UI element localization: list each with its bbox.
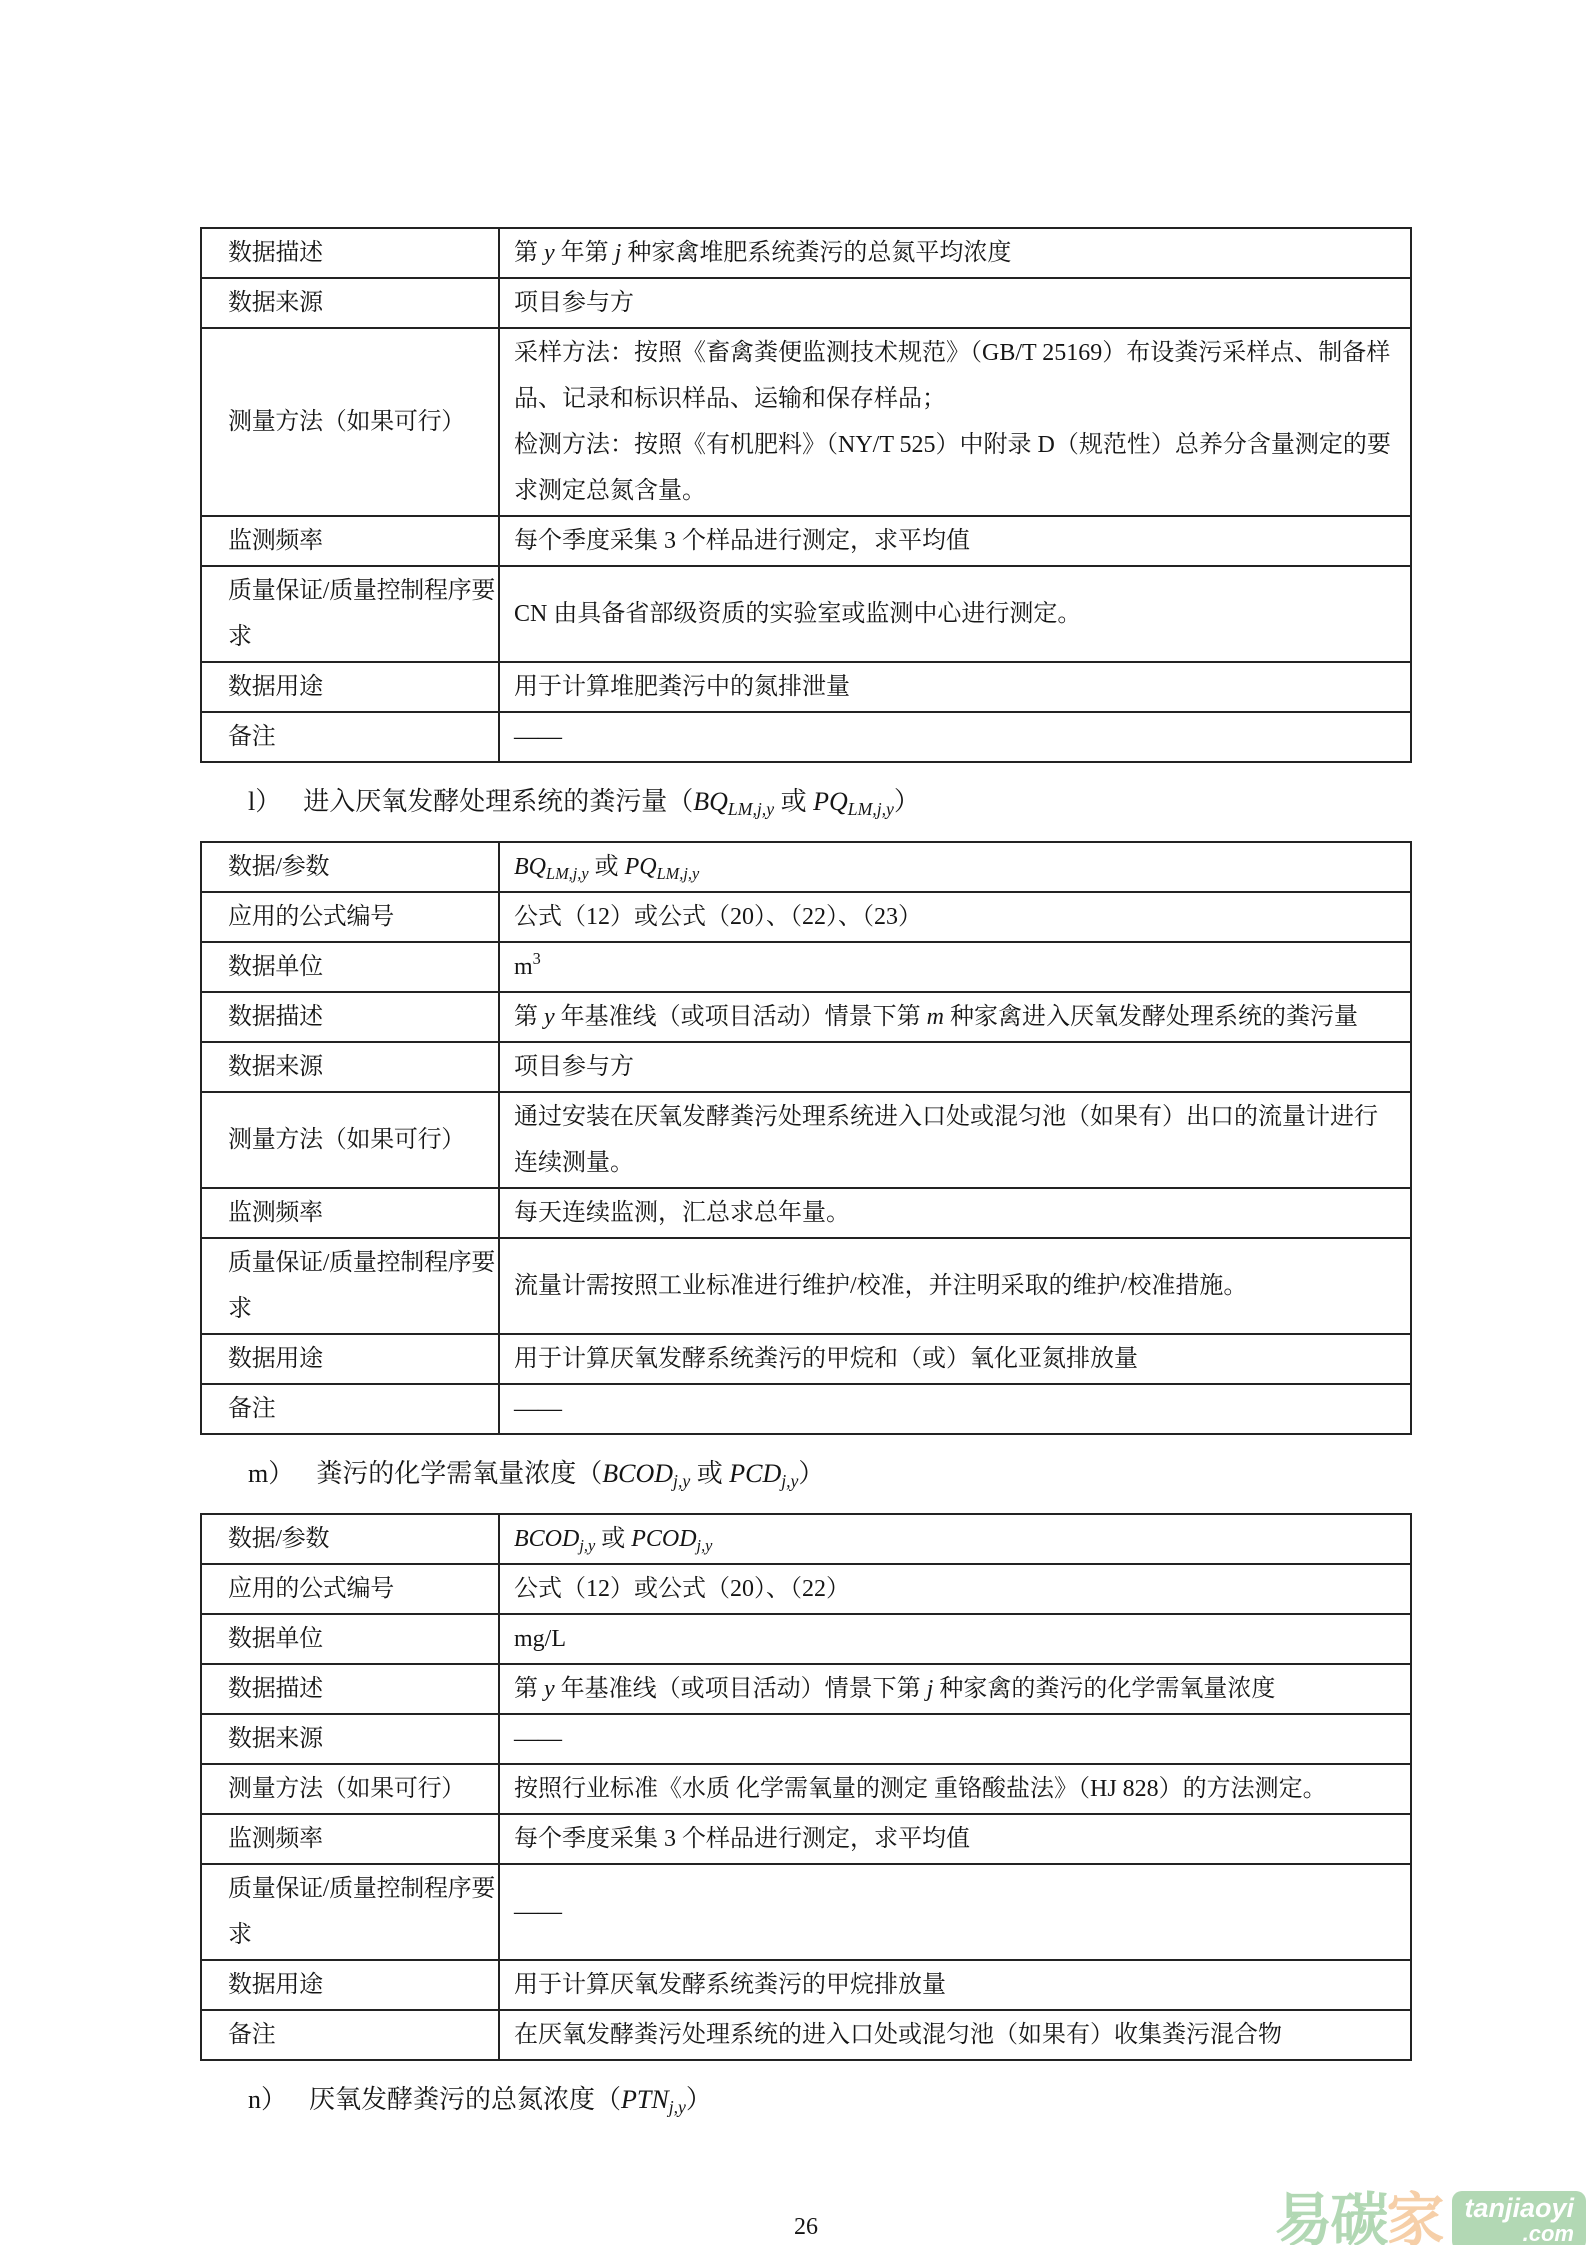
row-value: 在厌氧发酵粪污处理系统的进入口处或混匀池（如果有）收集粪污混合物 [499,2010,1411,2060]
row-label: 数据描述 [201,1664,499,1714]
heading-text: 粪污的化学需氧量浓度（BCODj,y 或 PCDj,y） [316,1459,824,1488]
row-label: 监测频率 [201,1814,499,1864]
row-label: 数据来源 [201,1714,499,1764]
table-row: 备注 —— [201,1384,1411,1434]
row-label: 质量保证/质量控制程序要求 [201,566,499,662]
row-label: 测量方法（如果可行） [201,328,499,516]
table-row: 数据来源 项目参与方 [201,1042,1411,1092]
row-label: 测量方法（如果可行） [201,1092,499,1188]
row-value: 每天连续监测，汇总求总年量。 [499,1188,1411,1238]
row-label: 测量方法（如果可行） [201,1764,499,1814]
row-value: m3 [499,942,1411,992]
row-label: 数据描述 [201,992,499,1042]
table-row: 质量保证/质量控制程序要求 CN 由具备省部级资质的实验室或监测中心进行测定。 [201,566,1411,662]
row-value: 第 y 年第 j 种家禽堆肥系统粪污的总氮平均浓度 [499,228,1411,278]
row-value: 公式（12）或公式（20）、（22）、（23） [499,892,1411,942]
table-row: 备注 —— [201,712,1411,762]
row-value: 第 y 年基准线（或项目活动）情景下第 m 种家禽进入厌氧发酵处理系统的粪污量 [499,992,1411,1042]
table-row: 数据来源 —— [201,1714,1411,1764]
row-value: 每个季度采集 3 个样品进行测定，求平均值 [499,1814,1411,1864]
monitoring-table-bq-pq: 数据/参数 BQLM,j,y 或 PQLM,j,y 应用的公式编号 公式（12）… [200,841,1412,1435]
section-heading-n: n）厌氧发酵粪污的总氮浓度（PTNj,y） [200,2076,1412,2124]
table-row: 测量方法（如果可行） 通过安装在厌氧发酵粪污处理系统进入口处或混匀池（如果有）出… [201,1092,1411,1188]
table-row: 数据描述 第 y 年第 j 种家禽堆肥系统粪污的总氮平均浓度 [201,228,1411,278]
monitoring-table-cn: 数据描述 第 y 年第 j 种家禽堆肥系统粪污的总氮平均浓度 数据来源 项目参与… [200,227,1412,763]
row-value: 用于计算厌氧发酵系统粪污的甲烷排放量 [499,1960,1411,2010]
table-row: 数据用途 用于计算堆肥粪污中的氮排泄量 [201,662,1411,712]
row-value: 公式（12）或公式（20）、（22） [499,1564,1411,1614]
page-number: 26 [200,2212,1412,2242]
row-label: 应用的公式编号 [201,1564,499,1614]
list-letter: l） [248,778,281,826]
row-value: —— [499,1714,1411,1764]
row-value: 每个季度采集 3 个样品进行测定，求平均值 [499,516,1411,566]
table-row: 数据/参数 BCODj,y 或 PCODj,y [201,1514,1411,1564]
row-value: CN 由具备省部级资质的实验室或监测中心进行测定。 [499,566,1411,662]
row-label: 备注 [201,712,499,762]
watermark-text-green: 易碳 [1274,2192,1386,2245]
table-row: 数据用途 用于计算厌氧发酵系统粪污的甲烷排放量 [201,1960,1411,2010]
row-label: 数据/参数 [201,1514,499,1564]
watermark-badge-line1: tanjiaoyi [1464,2195,1574,2223]
row-value: 项目参与方 [499,1042,1411,1092]
row-label: 数据来源 [201,278,499,328]
row-value: —— [499,712,1411,762]
row-value: —— [499,1864,1411,1960]
section-heading-l: l）进入厌氧发酵处理系统的粪污量（BQLM,j,y 或 PQLM,j,y） [200,778,1412,826]
row-value: 按照行业标准《水质 化学需氧量的测定 重铬酸盐法》（HJ 828）的方法测定。 [499,1764,1411,1814]
row-value: 第 y 年基准线（或项目活动）情景下第 j 种家禽的粪污的化学需氧量浓度 [499,1664,1411,1714]
row-value: 通过安装在厌氧发酵粪污处理系统进入口处或混匀池（如果有）出口的流量计进行连续测量… [499,1092,1411,1188]
row-label: 数据用途 [201,662,499,712]
watermark-badge: tanjiaoyi .com [1452,2191,1586,2245]
row-value: 采样方法：按照《畜禽粪便监测技术规范》（GB/T 25169）布设粪污采样点、制… [499,328,1411,516]
heading-text: 进入厌氧发酵处理系统的粪污量（BQLM,j,y 或 PQLM,j,y） [303,787,920,816]
document-page: 数据描述 第 y 年第 j 种家禽堆肥系统粪污的总氮平均浓度 数据来源 项目参与… [0,0,1588,2245]
table-row: 数据单位 mg/L [201,1614,1411,1664]
list-letter: m） [248,1450,294,1498]
row-label: 数据单位 [201,1614,499,1664]
table-row: 数据描述 第 y 年基准线（或项目活动）情景下第 m 种家禽进入厌氧发酵处理系统… [201,992,1411,1042]
row-value: mg/L [499,1614,1411,1664]
row-label: 数据/参数 [201,842,499,892]
table-row: 测量方法（如果可行） 采样方法：按照《畜禽粪便监测技术规范》（GB/T 2516… [201,328,1411,516]
table-row: 数据来源 项目参与方 [201,278,1411,328]
table-row: 监测频率 每个季度采集 3 个样品进行测定，求平均值 [201,1814,1411,1864]
watermark-logo: 易碳 家 tanjiaoyi .com [1274,2191,1586,2245]
row-label: 质量保证/质量控制程序要求 [201,1238,499,1334]
section-heading-m: m）粪污的化学需氧量浓度（BCODj,y 或 PCDj,y） [200,1450,1412,1498]
table-row: 数据单位 m3 [201,942,1411,992]
table-row: 质量保证/质量控制程序要求 —— [201,1864,1411,1960]
table-row: 应用的公式编号 公式（12）或公式（20）、（22） [201,1564,1411,1614]
heading-text: 厌氧发酵粪污的总氮浓度（PTNj,y） [309,2085,712,2114]
row-label: 监测频率 [201,1188,499,1238]
row-label: 数据描述 [201,228,499,278]
row-label: 数据来源 [201,1042,499,1092]
row-value: 流量计需按照工业标准进行维护/校准，并注明采取的维护/校准措施。 [499,1238,1411,1334]
row-value: 项目参与方 [499,278,1411,328]
table-row: 监测频率 每个季度采集 3 个样品进行测定，求平均值 [201,516,1411,566]
row-value: 用于计算厌氧发酵系统粪污的甲烷和（或）氧化亚氮排放量 [499,1334,1411,1384]
row-value: 用于计算堆肥粪污中的氮排泄量 [499,662,1411,712]
row-value: BQLM,j,y 或 PQLM,j,y [499,842,1411,892]
row-label: 数据用途 [201,1960,499,2010]
table-row: 备注 在厌氧发酵粪污处理系统的进入口处或混匀池（如果有）收集粪污混合物 [201,2010,1411,2060]
table-row: 质量保证/质量控制程序要求 流量计需按照工业标准进行维护/校准，并注明采取的维护… [201,1238,1411,1334]
row-label: 质量保证/质量控制程序要求 [201,1864,499,1960]
watermark-badge-line2: .com [1464,2223,1574,2245]
monitoring-table-bcod-pcod: 数据/参数 BCODj,y 或 PCODj,y 应用的公式编号 公式（12）或公… [200,1513,1412,2061]
page-content: 数据描述 第 y 年第 j 种家禽堆肥系统粪污的总氮平均浓度 数据来源 项目参与… [200,227,1412,2242]
row-label: 备注 [201,1384,499,1434]
table-row: 监测频率 每天连续监测，汇总求总年量。 [201,1188,1411,1238]
table-row: 应用的公式编号 公式（12）或公式（20）、（22）、（23） [201,892,1411,942]
table-row: 数据/参数 BQLM,j,y 或 PQLM,j,y [201,842,1411,892]
row-label: 备注 [201,2010,499,2060]
table-row: 数据描述 第 y 年基准线（或项目活动）情景下第 j 种家禽的粪污的化学需氧量浓… [201,1664,1411,1714]
row-label: 监测频率 [201,516,499,566]
table-row: 数据用途 用于计算厌氧发酵系统粪污的甲烷和（或）氧化亚氮排放量 [201,1334,1411,1384]
watermark-text-orange: 家 [1386,2192,1444,2245]
list-letter: n） [248,2076,287,2124]
row-label: 数据单位 [201,942,499,992]
row-value: —— [499,1384,1411,1434]
row-label: 数据用途 [201,1334,499,1384]
table-row: 测量方法（如果可行） 按照行业标准《水质 化学需氧量的测定 重铬酸盐法》（HJ … [201,1764,1411,1814]
row-value: BCODj,y 或 PCODj,y [499,1514,1411,1564]
row-label: 应用的公式编号 [201,892,499,942]
